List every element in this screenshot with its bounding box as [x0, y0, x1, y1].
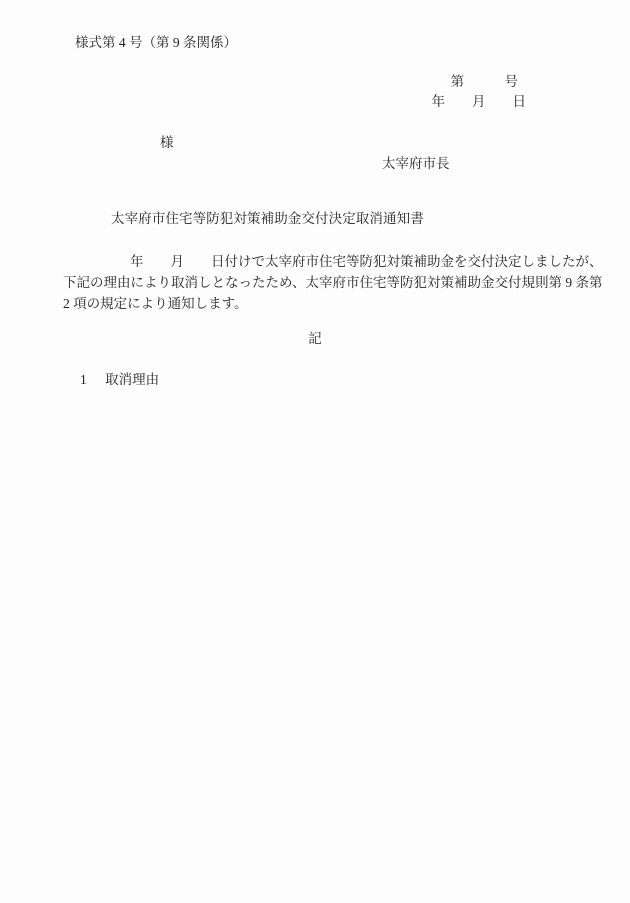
sender-name: 太宰府市長: [382, 157, 450, 171]
body-paragraph: 年 月 日付けで太宰府市住宅等防犯対策補助金を交付決定しましたが、 下記の理由に…: [63, 251, 571, 314]
form-style-label: 様式第 4 号（第 9 条関係）: [75, 36, 237, 50]
document-number-line: 第 号: [0, 75, 630, 89]
document-page: 様式第 4 号（第 9 条関係） 第 号 年 月 日 様 太宰府市長 太宰府市住…: [0, 0, 630, 903]
document-title: 太宰府市住宅等防犯対策補助金交付決定取消通知書: [111, 212, 424, 226]
record-marker: 記: [0, 332, 630, 346]
body-line-2: 下記の理由により取消しとなったため、太宰府市住宅等防犯対策補助金交付規則第 9 …: [63, 272, 571, 293]
body-line-3: 2 項の規定により通知します。: [63, 293, 571, 314]
addressee-honorific: 様: [160, 136, 174, 150]
date-line: 年 月 日: [0, 95, 630, 109]
item-label: 取消理由: [105, 373, 159, 387]
list-item: 1 取消理由: [80, 373, 159, 387]
item-number: 1: [80, 373, 87, 387]
body-line-1: 年 月 日付けで太宰府市住宅等防犯対策補助金を交付決定しましたが、: [63, 251, 571, 272]
